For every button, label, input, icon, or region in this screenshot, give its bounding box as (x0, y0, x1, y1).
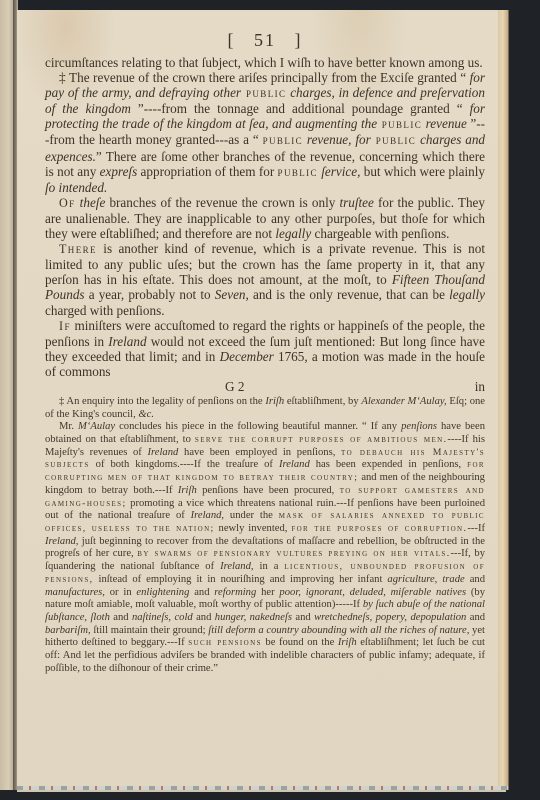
signature-mark: G 2 (225, 379, 244, 394)
page-number: [ 51 ] (45, 30, 485, 51)
double-dagger-mark: ‡ (59, 70, 66, 85)
paragraph-1: circumſtances relating to that ſubject, … (45, 55, 485, 70)
signature-line: G 2 in (45, 379, 485, 394)
page-content: [ 51 ] circumſtances relating to that ſu… (45, 30, 485, 675)
footnote-paragraph-2: Mr. M‘Aulay concludes his piece in the f… (45, 421, 485, 675)
footnote-paragraph-1: ‡ An enquiry into the legality of penſio… (45, 396, 485, 421)
paragraph-4: There is another kind of revenue, which … (45, 241, 485, 317)
paragraph-2: ‡ The revenue of the crown there ariſes … (45, 70, 485, 195)
left-page-edge (0, 0, 14, 790)
catchword: in (475, 379, 485, 394)
paragraph-5: If miniſters were accuſtomed to regard t… (45, 318, 485, 379)
page-fore-edge (498, 10, 509, 790)
main-text: circumſtances relating to that ſubject, … (45, 55, 485, 394)
page-bottom-edge (17, 786, 508, 790)
paragraph-3: Of theſe branches of the revenue the cro… (45, 195, 485, 241)
page-number-value: 51 (254, 30, 276, 51)
footnote: ‡ An enquiry into the legality of penſio… (45, 396, 485, 675)
